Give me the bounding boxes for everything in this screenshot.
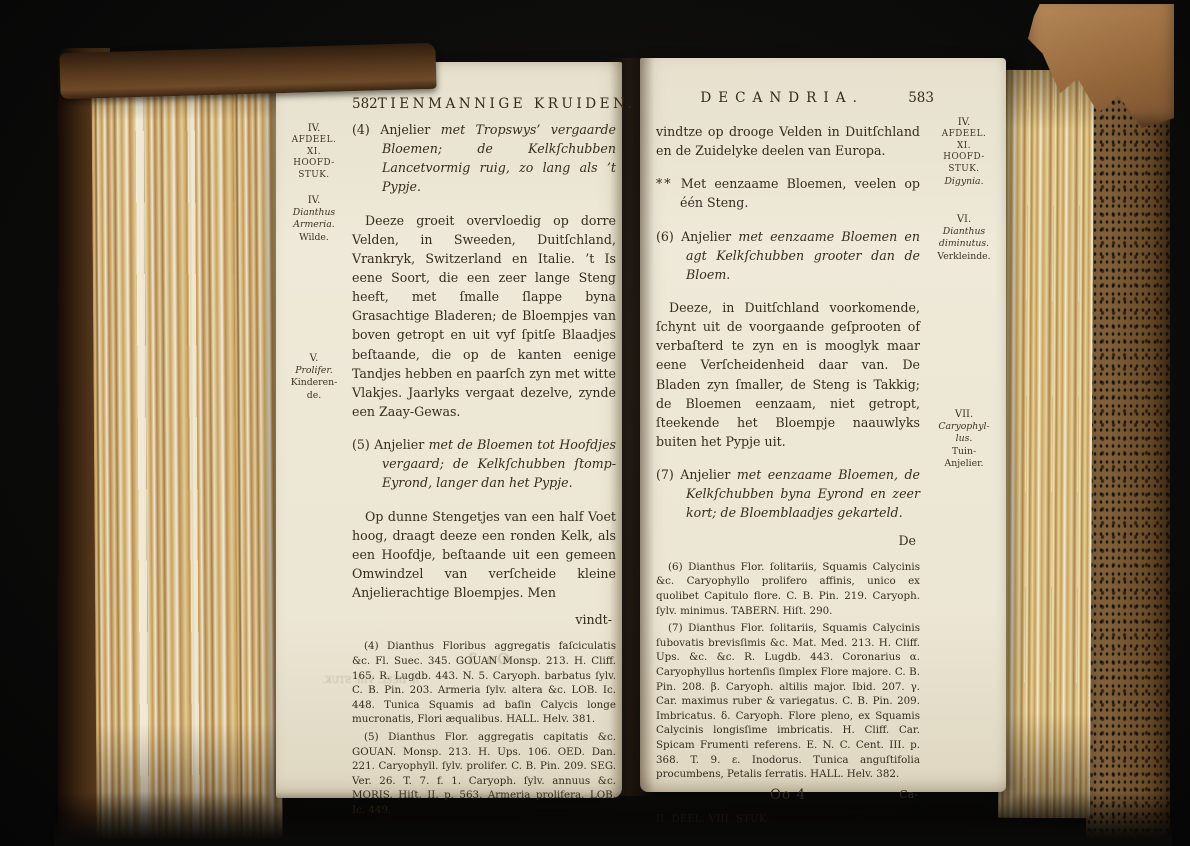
species-lead-word: Anjelier [374, 437, 424, 452]
margin-note-armeria: IV. Dianthus Armeria. Wilde. [278, 194, 350, 244]
margin-line: VI. [928, 213, 1000, 226]
margin-note-prolifer: V. Prolifer. Kinderen- de. [278, 352, 350, 402]
paragraph-armeria-description: Deeze groeit overvloedig op dorre Velden… [352, 211, 616, 422]
margin-note-diminutus: VI. Dianthus diminutus. Verkleinde. [928, 213, 1000, 263]
left-fore-edge-pages [91, 65, 282, 840]
species-number: (7) [656, 467, 674, 482]
species-lead-word: Anjelier [680, 467, 730, 482]
volume-footer: II. DEEL. VIII. STUK. [656, 813, 920, 827]
paragraph-diminutus-description: Deeze, in Duitſchland voorkomende, ſchyn… [656, 298, 920, 451]
margin-line: IV. [928, 116, 1000, 129]
margin-line: VII. [928, 408, 1000, 421]
margin-line: lus. [928, 433, 1000, 445]
footnote-6: (6) Dianthus Flor. ſolitariis, Squamis C… [656, 560, 920, 618]
left-text-column: (4) Anjelier met Tropswys’ vergaarde Blo… [352, 118, 616, 821]
margin-line: IV. [278, 122, 350, 135]
catchword-bottom-right: Ca- [899, 787, 918, 803]
gathering-signature: Oo 4 [770, 787, 806, 803]
species-heading-7: (7) Anjelier met eenzaame Bloemen, de Ke… [656, 465, 920, 522]
section-text: Met eenzaame Bloemen, veelen op één Sten… [680, 176, 920, 210]
section-asterisks: ** [656, 176, 673, 191]
margin-note-chapter-left: IV. AFDEEL. XI. HOOFD- STUK. [278, 122, 350, 182]
species-number: (4) [352, 122, 370, 137]
right-text-column: vindtze op drooge Velden in Duitſchland … [656, 122, 920, 827]
right-page-header: DECANDRIA. 583 [656, 90, 934, 106]
left-page-header: 582 TIENMANNIGE KRUIDEN. [352, 96, 616, 112]
margin-line: AFDEEL. [278, 135, 350, 147]
margin-line: AFDEEL. [928, 129, 1000, 141]
margin-line: Kinderen- [278, 377, 350, 389]
margin-line: Dianthus [928, 226, 1000, 238]
margin-note-caryophyllus: VII. Caryophyl- lus. Tuin- Anjelier. [928, 408, 1000, 470]
margin-line: V. [278, 352, 350, 365]
species-number: (6) [656, 229, 674, 244]
margin-line: STUK. [928, 164, 1000, 176]
margin-line: HOOFD- [928, 152, 1000, 164]
species-lead-word: Anjelier [380, 122, 430, 137]
margin-line: Caryophyl- [928, 421, 1000, 433]
margin-line: Verkleinde. [928, 251, 1000, 263]
species-number: (5) [352, 437, 370, 452]
margin-line: Anjelier. [928, 458, 1000, 470]
right-fore-edge-pages [998, 70, 1094, 818]
right-footnotes: (6) Dianthus Flor. ſolitariis, Squamis C… [656, 560, 920, 827]
margin-line: Dianthus [278, 207, 350, 219]
margin-line: STUK. [278, 170, 350, 182]
catchword-left: vindt- [352, 610, 612, 629]
margin-line: de. [278, 390, 350, 402]
footnote-5: (5) Dianthus Flor. aggregatis capitatis … [352, 730, 616, 818]
margin-line: XI. [928, 141, 1000, 153]
margin-line: IV. [278, 194, 350, 207]
running-title-left: TIENMANNIGE KRUIDEN. [378, 96, 636, 112]
photograph-background: 582 TIENMANNIGE KRUIDEN. IV. AFDEEL. XI.… [0, 0, 1190, 846]
signature-row: Oo 4 Ca- [656, 786, 920, 805]
paragraph-prolifer-description: Op dunne Stengetjes van een half Voet ho… [352, 507, 616, 603]
showthrough-footer: II. DEEL. VIII. STUK. [322, 676, 419, 686]
footnote-7: (7) Dianthus Flor. ſolitariis, Squamis C… [656, 621, 920, 782]
right-cover-leather [1086, 26, 1170, 838]
margin-line: diminutus. [928, 238, 1000, 250]
margin-note-digynia: Digynia. [928, 176, 1000, 188]
margin-line: HOOFD- [278, 158, 350, 170]
page-number-right: 583 [908, 90, 934, 106]
margin-line: Armeria. [278, 219, 350, 231]
species-heading-6: (6) Anjelier met eenzaame Bloemen en agt… [656, 227, 920, 284]
right-page: DECANDRIA. 583 IV. AFDEEL. XI. HOOFD- ST… [640, 58, 1006, 792]
species-heading-4: (4) Anjelier met Tropswys’ vergaarde Blo… [352, 120, 616, 197]
catchword-mid-right: De [656, 531, 916, 550]
margin-line: XI. [278, 147, 350, 159]
section-heading: ** Met eenzaame Bloemen, veelen op één S… [656, 174, 920, 212]
species-lead-word: Anjelier [681, 229, 731, 244]
left-page: 582 TIENMANNIGE KRUIDEN. IV. AFDEEL. XI.… [276, 62, 622, 798]
page-number-left: 582 [352, 96, 378, 112]
species-heading-5: (5) Anjelier met de Bloemen tot Hoofdjes… [352, 435, 616, 492]
running-title-right: DECANDRIA. [656, 90, 908, 106]
margin-line: Wilde. [278, 232, 350, 244]
margin-line: Tuin- [928, 446, 1000, 458]
margin-note-chapter-right: IV. AFDEEL. XI. HOOFD- STUK. [928, 116, 1000, 176]
showthrough-signature: Oo 3 [466, 650, 510, 668]
margin-line: Prolifer. [278, 365, 350, 377]
paragraph-continuation: vindtze op drooge Velden in Duitſchland … [656, 122, 920, 160]
